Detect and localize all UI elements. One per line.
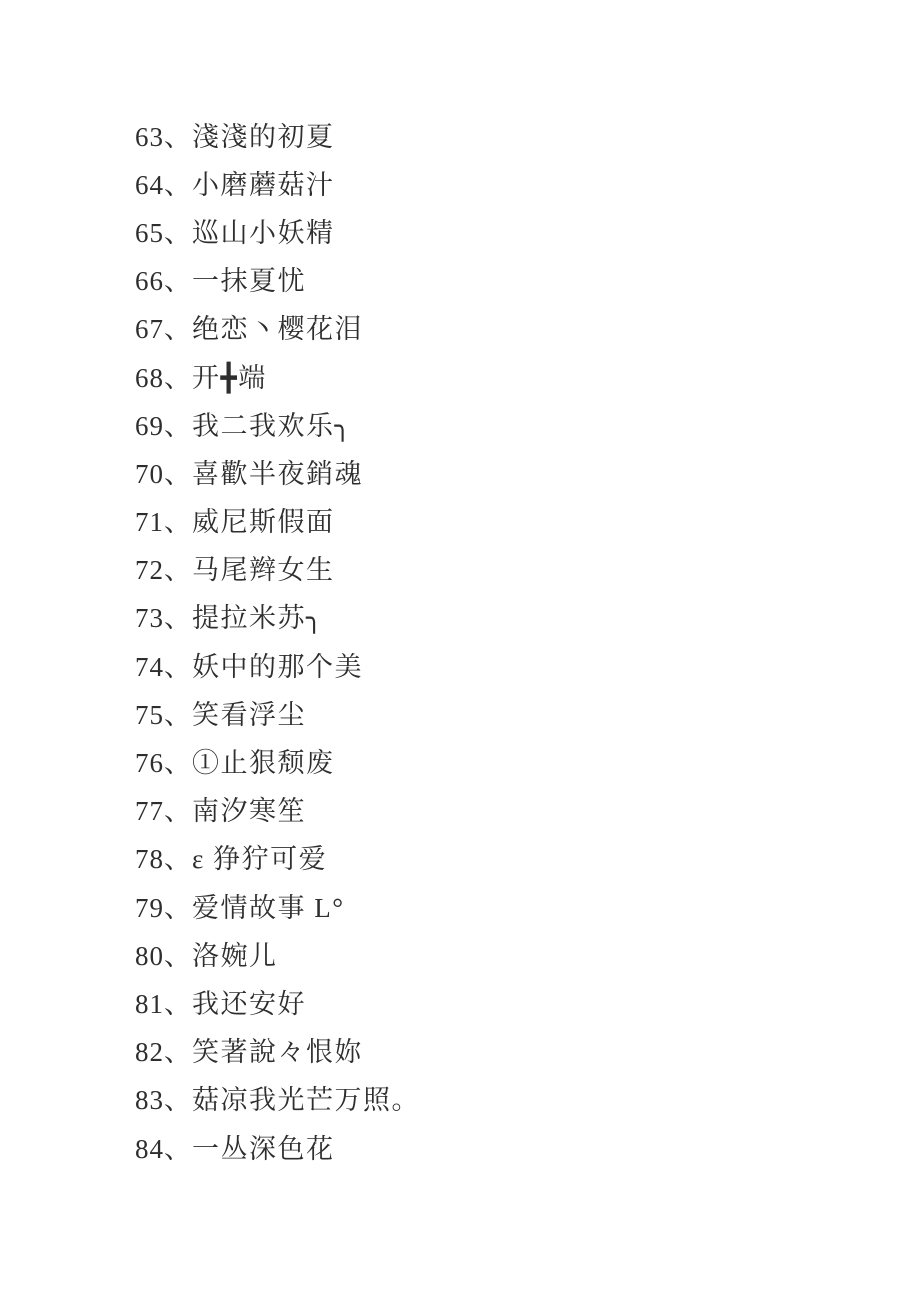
item-label: 小磨蘑菇汁 — [192, 163, 335, 202]
item-number: 66、 — [135, 259, 192, 298]
item-number: 73、 — [135, 596, 192, 635]
list-item: 63、淺淺的初夏 — [135, 110, 880, 158]
list-item: 78、ε 狰狞可爱 — [135, 833, 880, 881]
item-label: 我二我欢乐╮ — [192, 404, 352, 443]
item-number: 80、 — [135, 934, 192, 973]
item-number: 70、 — [135, 452, 192, 491]
item-label: 我还安好 — [192, 982, 306, 1021]
list-item: 69、我二我欢乐╮ — [135, 399, 880, 447]
list-item: 73、提拉米苏╮ — [135, 592, 880, 640]
item-label: 提拉米苏╮ — [192, 596, 324, 635]
item-number: 83、 — [135, 1078, 192, 1117]
list-item: 65、巡山小妖精 — [135, 206, 880, 254]
item-label: 菇凉我光芒万照。 — [192, 1078, 420, 1117]
item-number: 75、 — [135, 693, 192, 732]
item-label: 洛婉儿 — [192, 934, 278, 973]
item-number: 79、 — [135, 886, 192, 925]
item-label: 马尾辫女生 — [192, 548, 335, 587]
list-item: 80、洛婉儿 — [135, 929, 880, 977]
list-item: 68、开╋端 — [135, 351, 880, 399]
list-item: 72、马尾辫女生 — [135, 544, 880, 592]
item-label: ①止狠颓废 — [192, 741, 335, 780]
item-label: 淺淺的初夏 — [192, 115, 335, 154]
item-number: 65、 — [135, 211, 192, 250]
list-item: 81、我还安好 — [135, 977, 880, 1025]
item-number: 77、 — [135, 789, 192, 828]
item-number: 67、 — [135, 307, 192, 346]
list-item: 71、威尼斯假面 — [135, 496, 880, 544]
list-item: 77、南汐寒笙 — [135, 785, 880, 833]
item-label: 绝恋丶樱花泪 — [192, 307, 363, 346]
item-label: 笑著說々恨妳 — [192, 1030, 363, 1069]
item-label: ε 狰狞可爱 — [192, 837, 327, 876]
nickname-list: 63、淺淺的初夏64、小磨蘑菇汁65、巡山小妖精66、一抹夏忧67、绝恋丶樱花泪… — [135, 110, 880, 1170]
item-label: 笑看浮尘 — [192, 693, 306, 732]
item-number: 64、 — [135, 163, 192, 202]
item-number: 78、 — [135, 837, 192, 876]
item-number: 68、 — [135, 356, 192, 395]
item-number: 82、 — [135, 1030, 192, 1069]
list-item: 67、绝恋丶樱花泪 — [135, 303, 880, 351]
list-item: 76、①止狠颓废 — [135, 736, 880, 784]
item-label: 喜歡半夜銷魂 — [192, 452, 363, 491]
item-label: 开╋端 — [192, 356, 267, 395]
list-item: 75、笑看浮尘 — [135, 688, 880, 736]
item-number: 63、 — [135, 115, 192, 154]
item-number: 72、 — [135, 548, 192, 587]
list-item: 66、一抹夏忧 — [135, 255, 880, 303]
item-label: 爱情故事 L° — [192, 886, 345, 925]
list-item: 74、妖中的那个美 — [135, 640, 880, 688]
item-number: 84、 — [135, 1127, 192, 1166]
list-item: 84、一丛深色花 — [135, 1122, 880, 1170]
item-number: 74、 — [135, 645, 192, 684]
item-number: 69、 — [135, 404, 192, 443]
document-page: 63、淺淺的初夏64、小磨蘑菇汁65、巡山小妖精66、一抹夏忧67、绝恋丶樱花泪… — [0, 0, 920, 1302]
list-item: 64、小磨蘑菇汁 — [135, 158, 880, 206]
list-item: 79、爱情故事 L° — [135, 881, 880, 929]
item-label: 一抹夏忧 — [192, 259, 306, 298]
list-item: 70、喜歡半夜銷魂 — [135, 447, 880, 495]
item-label: 一丛深色花 — [192, 1127, 335, 1166]
item-label: 妖中的那个美 — [192, 645, 363, 684]
item-number: 76、 — [135, 741, 192, 780]
list-item: 83、菇凉我光芒万照。 — [135, 1074, 880, 1122]
item-number: 81、 — [135, 982, 192, 1021]
list-item: 82、笑著說々恨妳 — [135, 1026, 880, 1074]
item-label: 威尼斯假面 — [192, 500, 335, 539]
item-label: 巡山小妖精 — [192, 211, 335, 250]
item-number: 71、 — [135, 500, 192, 539]
item-label: 南汐寒笙 — [192, 789, 306, 828]
